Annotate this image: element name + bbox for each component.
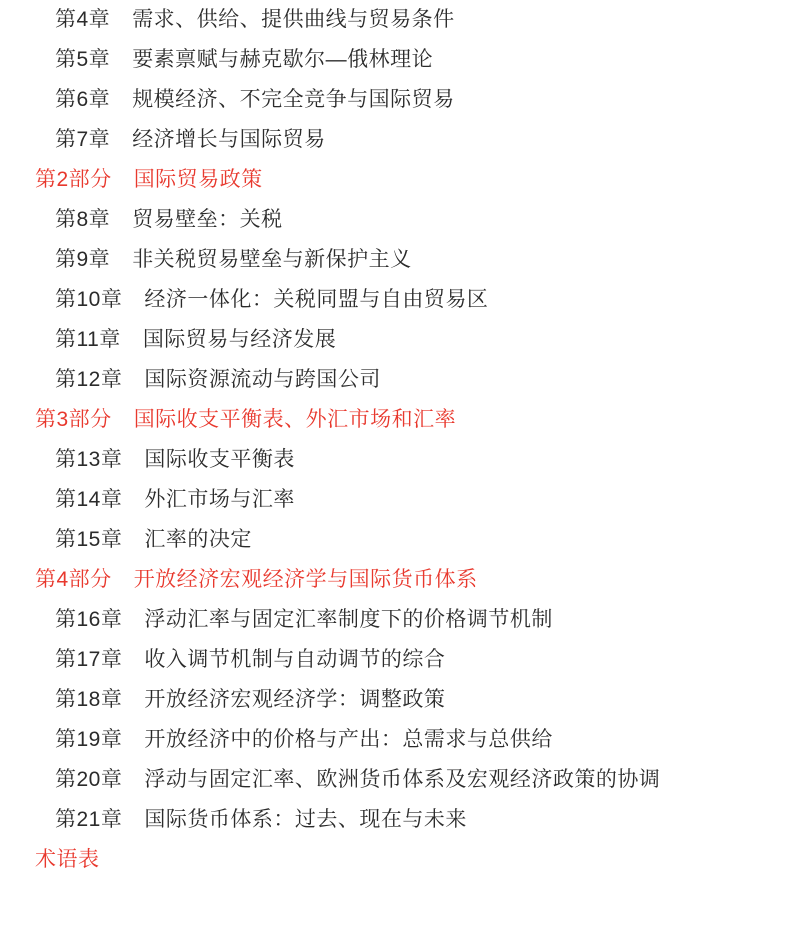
chapter-number: 第4章 [55,0,110,40]
chapter-number: 第7章 [55,120,110,160]
toc-chapter-row: 第11章国际贸易与经济发展 [0,320,790,360]
toc-chapter-row: 第14章外汇市场与汇率 [0,480,790,520]
table-of-contents: 第4章需求、供给、提供曲线与贸易条件第5章要素禀赋与赫克歇尔—俄林理论第6章规模… [0,0,790,880]
toc-part-row: 第4部分开放经济宏观经济学与国际货币体系 [0,560,790,600]
chapter-title: 需求、供给、提供曲线与贸易条件 [132,0,455,40]
section-title: 国际贸易政策 [134,160,263,200]
toc-chapter-row: 第18章开放经济宏观经济学：调整政策 [0,680,790,720]
toc-part-row: 第3部分国际收支平衡表、外汇市场和汇率 [0,400,790,440]
chapter-title: 汇率的决定 [144,520,252,560]
chapter-number: 第12章 [55,360,122,400]
chapter-title: 国际资源流动与跨国公司 [144,360,381,400]
section-label: 术语表 [35,840,100,880]
chapter-title: 开放经济中的价格与产出：总需求与总供给 [144,720,553,760]
section-label: 第4部分 [35,560,112,600]
chapter-number: 第5章 [55,40,110,80]
chapter-number: 第16章 [55,600,122,640]
toc-chapter-row: 第17章收入调节机制与自动调节的综合 [0,640,790,680]
chapter-number: 第6章 [55,80,110,120]
toc-glossary-row: 术语表 [0,840,790,880]
chapter-title: 国际收支平衡表 [144,440,295,480]
toc-chapter-row: 第16章浮动汇率与固定汇率制度下的价格调节机制 [0,600,790,640]
toc-chapter-row: 第21章国际货币体系：过去、现在与未来 [0,800,790,840]
section-label: 第3部分 [35,400,112,440]
chapter-title: 规模经济、不完全竞争与国际贸易 [132,80,455,120]
chapter-title: 浮动汇率与固定汇率制度下的价格调节机制 [144,600,553,640]
toc-chapter-row: 第5章要素禀赋与赫克歇尔—俄林理论 [0,40,790,80]
chapter-number: 第13章 [55,440,122,480]
chapter-number: 第8章 [55,200,110,240]
toc-chapter-row: 第4章需求、供给、提供曲线与贸易条件 [0,0,790,40]
toc-chapter-row: 第12章国际资源流动与跨国公司 [0,360,790,400]
chapter-title: 收入调节机制与自动调节的综合 [144,640,445,680]
chapter-title: 经济一体化：关税同盟与自由贸易区 [144,280,488,320]
chapter-title: 外汇市场与汇率 [144,480,295,520]
chapter-number: 第21章 [55,800,122,840]
chapter-number: 第11章 [55,320,121,360]
toc-chapter-row: 第9章非关税贸易壁垒与新保护主义 [0,240,790,280]
chapter-number: 第17章 [55,640,122,680]
toc-chapter-row: 第8章贸易壁垒：关税 [0,200,790,240]
toc-chapter-row: 第10章经济一体化：关税同盟与自由贸易区 [0,280,790,320]
chapter-title: 要素禀赋与赫克歇尔—俄林理论 [132,40,433,80]
chapter-number: 第15章 [55,520,122,560]
chapter-title: 非关税贸易壁垒与新保护主义 [132,240,412,280]
toc-chapter-row: 第13章国际收支平衡表 [0,440,790,480]
chapter-number: 第10章 [55,280,122,320]
chapter-title: 经济增长与国际贸易 [132,120,326,160]
section-title: 开放经济宏观经济学与国际货币体系 [134,560,478,600]
chapter-title: 开放经济宏观经济学：调整政策 [144,680,445,720]
section-title: 国际收支平衡表、外汇市场和汇率 [134,400,457,440]
toc-chapter-row: 第7章经济增长与国际贸易 [0,120,790,160]
chapter-title: 浮动与固定汇率、欧洲货币体系及宏观经济政策的协调 [144,760,660,800]
section-label: 第2部分 [35,160,112,200]
chapter-title: 贸易壁垒：关税 [132,200,283,240]
chapter-title: 国际贸易与经济发展 [143,320,337,360]
chapter-number: 第20章 [55,760,122,800]
chapter-number: 第18章 [55,680,122,720]
chapter-number: 第9章 [55,240,110,280]
toc-chapter-row: 第15章汇率的决定 [0,520,790,560]
toc-part-row: 第2部分国际贸易政策 [0,160,790,200]
chapter-number: 第14章 [55,480,122,520]
chapter-title: 国际货币体系：过去、现在与未来 [144,800,467,840]
chapter-number: 第19章 [55,720,122,760]
toc-chapter-row: 第6章规模经济、不完全竞争与国际贸易 [0,80,790,120]
toc-chapter-row: 第20章浮动与固定汇率、欧洲货币体系及宏观经济政策的协调 [0,760,790,800]
toc-chapter-row: 第19章开放经济中的价格与产出：总需求与总供给 [0,720,790,760]
